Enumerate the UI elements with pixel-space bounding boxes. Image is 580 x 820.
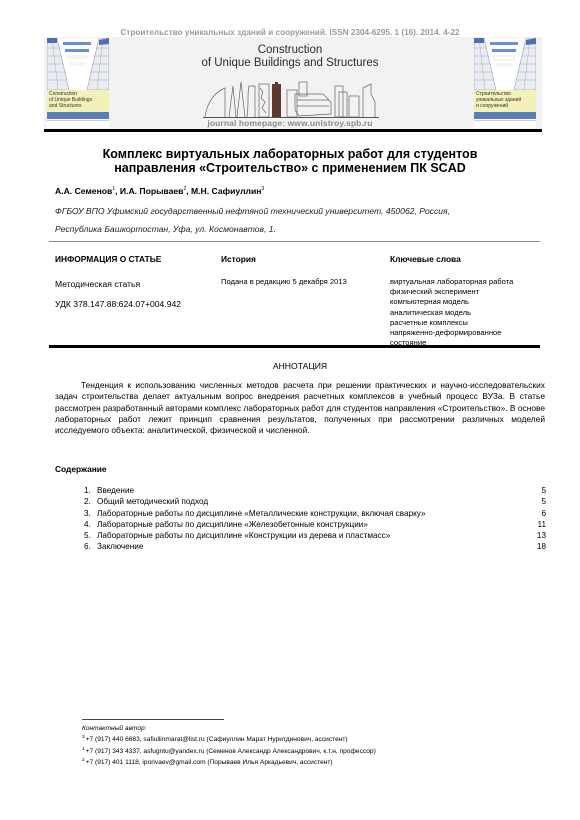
- journal-citation: Строительство уникальных зданий и сооруж…: [0, 28, 580, 37]
- toc-item[interactable]: 1.Введение5: [84, 485, 546, 496]
- udk-code: УДК 378.147.88:624.07+004.942: [55, 299, 181, 309]
- toc-item[interactable]: 6.Заключение18: [84, 541, 546, 552]
- footnote-item: 3+7 (917) 440 6683, safiullinmarat@list.…: [82, 733, 376, 744]
- journal-cover-russian: Строительство уникальных зданий и сооруж…: [474, 38, 536, 128]
- footnote-divider: [82, 719, 224, 720]
- toc-item[interactable]: 3.Лабораторные работы по дисциплине «Мет…: [84, 508, 546, 519]
- toc-page-number: 5: [541, 496, 546, 507]
- toc-item[interactable]: 2.Общий методический подход5: [84, 496, 546, 507]
- abstract-heading: АННОТАЦИЯ: [40, 361, 560, 371]
- keyword: виртуальная лабораторная работа: [390, 277, 540, 287]
- toc-page-number: 18: [537, 541, 546, 552]
- cover-title: Construction of Unique Buildings and Str…: [47, 90, 109, 112]
- history-heading: История: [221, 254, 256, 264]
- author-footnote-mark[interactable]: 2: [183, 186, 186, 192]
- keyword: напряженно-деформированное: [390, 328, 540, 338]
- toc-page-number: 6: [541, 508, 546, 519]
- abstract-text: Тенденция к использованию численных мето…: [55, 380, 545, 436]
- affiliation-line: Республика Башкортостан, Уфа, ул. Космон…: [55, 224, 276, 234]
- cover-footer: [47, 120, 109, 126]
- footnote-item: 1+7 (917) 343 4337, asfugntu@yandex.ru (…: [82, 745, 376, 756]
- author-footnote-mark[interactable]: 1: [112, 186, 115, 192]
- info-divider: [49, 345, 540, 348]
- author-name: А.А. Семенов: [55, 186, 112, 196]
- journal-cover-english: Construction of Unique Buildings and Str…: [47, 38, 109, 128]
- article-type: Методическая статья: [55, 279, 140, 289]
- cover-footer: [474, 120, 536, 126]
- author-name: М.Н. Сафиуллин: [191, 186, 261, 196]
- journal-banner-title: Construction of Unique Buildings and Str…: [180, 44, 400, 70]
- keyword-list: виртуальная лабораторная работа физическ…: [390, 277, 540, 348]
- toc-item[interactable]: 5.Лабораторные работы по дисциплине «Кон…: [84, 530, 546, 541]
- footnotes: Контактный автор: 3+7 (917) 440 6683, sa…: [82, 724, 376, 768]
- article-info-heading: ИНФОРМАЦИЯ О СТАТЬЕ: [55, 254, 161, 264]
- toc-page-number: 13: [537, 530, 546, 541]
- submission-date: Подана в редакцию 5 декабря 2013: [221, 277, 347, 286]
- affiliation-line: ФГБОУ ВПО Уфимский государственный нефтя…: [55, 206, 450, 216]
- cover-building-illustration: [47, 38, 109, 90]
- toc-page-number: 5: [541, 485, 546, 496]
- author-footnote-mark[interactable]: 3: [262, 186, 265, 192]
- skyline-logo-icon: [203, 80, 379, 118]
- table-of-contents: 1.Введение5 2.Общий методический подход5…: [84, 485, 546, 553]
- cover-strip: [47, 112, 109, 119]
- keywords-heading: Ключевые слова: [390, 254, 461, 264]
- article-title: Комплекс виртуальных лабораторных работ …: [40, 147, 540, 175]
- author-list: А.А. Семенов1, И.А. Порываев2, М.Н. Сафи…: [55, 186, 264, 196]
- keyword: аналитическая модель: [390, 308, 540, 318]
- footnote-item: 2+7 (917) 401 1118, iporivaev@gmail.com …: [82, 756, 376, 767]
- journal-homepage-link[interactable]: journal homepage: www.unistroy.spb.ru: [180, 118, 400, 128]
- cover-building-illustration: [474, 38, 536, 90]
- keyword: физический эксперимент: [390, 287, 540, 297]
- toc-item[interactable]: 4.Лабораторные работы по дисциплине «Жел…: [84, 519, 546, 530]
- keyword: расчетные комплексы: [390, 318, 540, 328]
- cover-title: Строительство уникальных зданий и сооруж…: [474, 90, 536, 112]
- cover-strip: [474, 112, 536, 119]
- keyword: компьютерная модель: [390, 297, 540, 307]
- banner-divider: [44, 129, 542, 132]
- contact-author-label: Контактный автор:: [82, 724, 376, 733]
- toc-page-number: 11: [538, 519, 547, 530]
- author-name: И.А. Порываев: [120, 186, 184, 196]
- toc-heading: Содержание: [55, 464, 107, 474]
- section-divider: [49, 241, 540, 242]
